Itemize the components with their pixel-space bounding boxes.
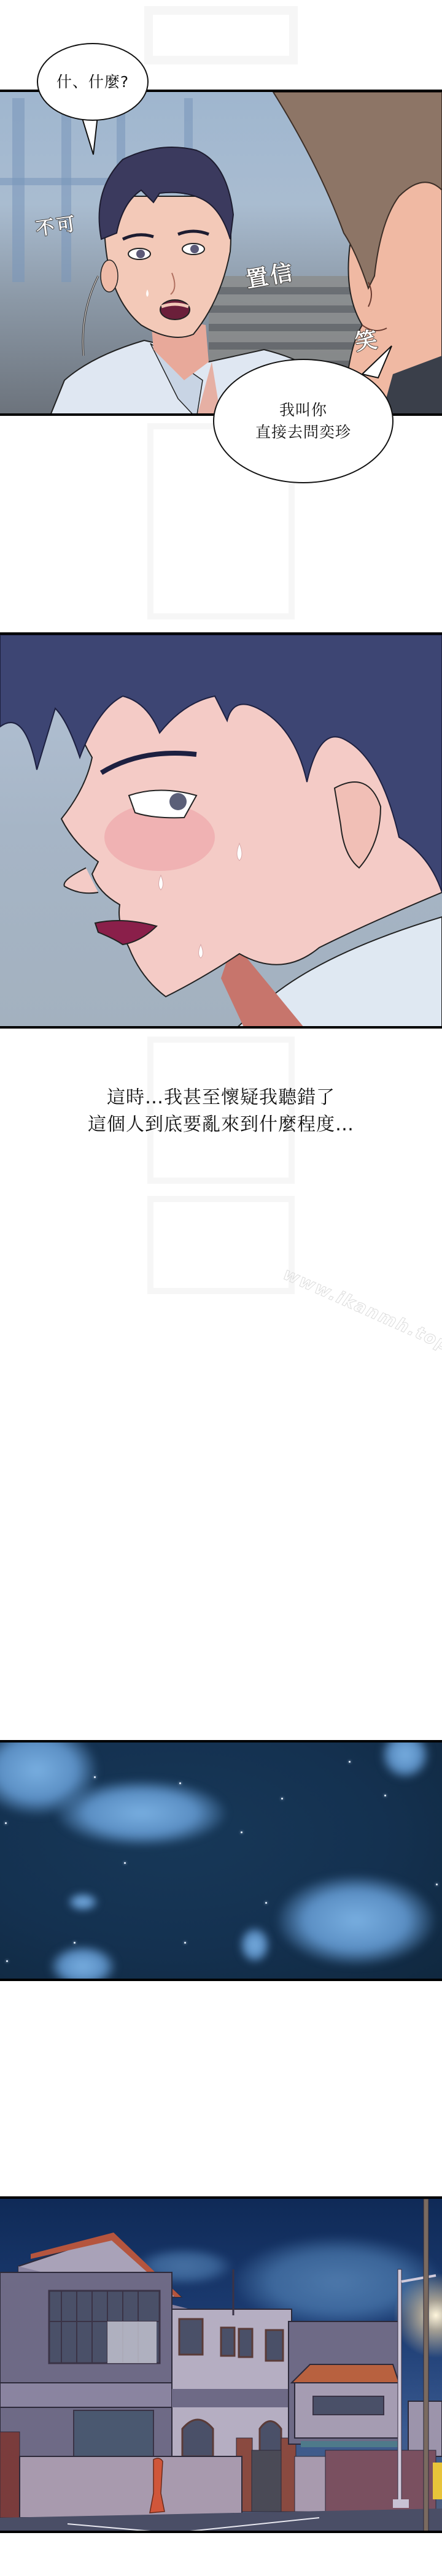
speech-bubble-ask: 我叫你 直接去問奕珍 bbox=[213, 359, 394, 483]
cloud bbox=[55, 1779, 227, 1847]
panel-night-sky bbox=[0, 1740, 442, 1981]
bubble-line: 我叫你 bbox=[279, 399, 327, 421]
cloud bbox=[49, 1945, 117, 1981]
houses-illustration bbox=[0, 2199, 442, 2533]
cloud bbox=[239, 1926, 270, 1963]
cloud bbox=[276, 1874, 436, 1966]
site-watermark: www.ikanmh.top bbox=[281, 1263, 442, 1355]
cloud bbox=[381, 1740, 430, 1779]
sweating-face-closeup-illustration bbox=[0, 635, 442, 1029]
cloud bbox=[68, 1893, 98, 1911]
narration-line: 這時…我甚至懷疑我聽錯了 bbox=[0, 1084, 442, 1111]
bubble-line: 直接去問奕珍 bbox=[255, 421, 351, 443]
panel-street-at-night bbox=[0, 2196, 442, 2533]
bubble-line: 什、什麼? bbox=[56, 71, 129, 93]
speech-bubble-what: 什、什麼? bbox=[37, 43, 149, 121]
sfx-text-buke: 不可 bbox=[34, 208, 79, 240]
narration-caption: 這時…我甚至懷疑我聽錯了 這個人到底要亂來到什麼程度… bbox=[0, 1084, 442, 1138]
narration-line: 這個人到底要亂來到什麼程度… bbox=[0, 1111, 442, 1138]
sfx-text-xiao: 笑 bbox=[353, 322, 382, 356]
panel-close-up-face bbox=[0, 632, 442, 1029]
